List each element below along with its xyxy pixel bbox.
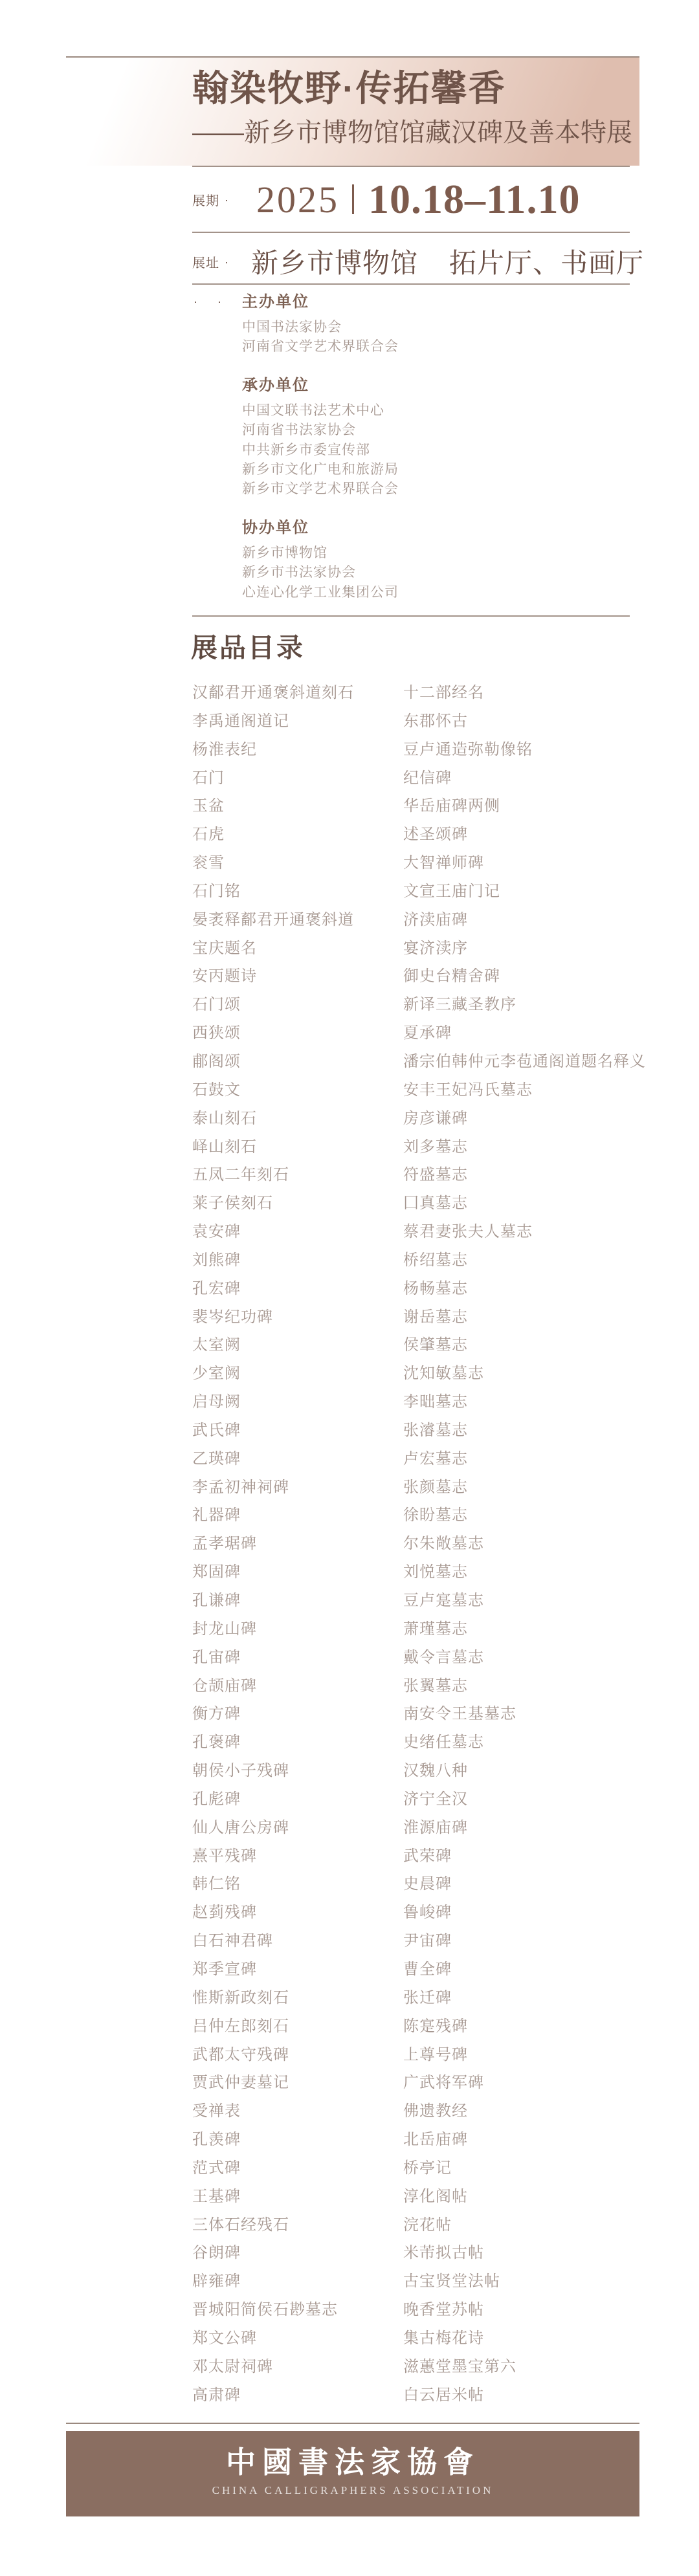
catalog-item-right: 张濬墓志	[403, 1417, 639, 1446]
catalog-item-right: 豆卢通造弥勒像铭	[403, 736, 639, 765]
catalog-item-left: 辟雍碑	[192, 2268, 403, 2296]
catalog-row: 三体石经残石浣花帖	[192, 2212, 639, 2240]
catalog-item-left: 孟孝琚碑	[192, 1530, 403, 1559]
catalog-item-left: 孔彪碑	[192, 1786, 403, 1814]
catalog-item-left: 泰山刻石	[192, 1105, 403, 1134]
section-divider	[192, 232, 630, 233]
organizer-name: 河南省文学艺术界联合会	[242, 336, 639, 356]
catalog-item-right: 史绪任墓志	[403, 1729, 639, 1757]
catalog-item-left: 石门	[192, 765, 403, 793]
catalog-row: 邓太尉祠碑滋蕙堂墨宝第六	[192, 2353, 639, 2382]
catalog-item-left: 孔宙碑	[192, 1644, 403, 1673]
organizer-role-label: 协办单位	[242, 518, 639, 538]
catalog-item-left: 贾武仲妻墓记	[192, 2069, 403, 2098]
catalog-item-right: 张颜墓志	[403, 1474, 639, 1503]
vertical-bar-separator	[352, 184, 354, 214]
catalog-item-left: 三体石经残石	[192, 2212, 403, 2240]
catalog-row: 西狭颂夏承碑	[192, 1020, 639, 1048]
catalog-row: 谷朗碑米芾拟古帖	[192, 2240, 639, 2268]
catalog-item-right: 房彦谦碑	[403, 1105, 639, 1134]
catalog-row: 石虎述圣颂碑	[192, 821, 639, 850]
catalog-item-right: 刘多墓志	[403, 1134, 639, 1162]
catalog-item-left: 峄山刻石	[192, 1134, 403, 1162]
catalog-row: 五凤二年刻石符盛墓志	[192, 1161, 639, 1190]
catalog-item-right: 滋蕙堂墨宝第六	[403, 2353, 639, 2382]
organizer-name: 心连心化学工业集团公司	[242, 582, 639, 602]
catalog-item-left: 武都太守残碑	[192, 2042, 403, 2070]
catalog-item-left: 郑文公碑	[192, 2325, 403, 2353]
catalog-row: 封龙山碑萧瑾墓志	[192, 1616, 639, 1644]
catalog-item-left: 莱子侯刻石	[192, 1190, 403, 1218]
catalog-row: 武都太守残碑上尊号碑	[192, 2042, 639, 2070]
catalog-item-right: 御史台精舍碑	[403, 963, 639, 991]
organizer-group: · · ·主办单位中国书法家协会河南省文学艺术界联合会	[192, 292, 639, 357]
organizer-name: 中国文联书法艺术中心	[242, 401, 639, 420]
organizer-name: 新乡市文学艺术界联合会	[242, 479, 639, 498]
catalog-item-right: 杨畅墓志	[403, 1275, 639, 1304]
catalog-item-right: 李昢墓志	[403, 1389, 639, 1417]
catalog-item-right: 广武将军碑	[403, 2069, 639, 2098]
catalog-item-left: 石虎	[192, 821, 403, 850]
catalog-item-right: 史晨碑	[403, 1871, 639, 1899]
catalog-row: 白石神君碑尹宙碑	[192, 1928, 639, 1956]
organizer-name: 新乡市书法家协会	[242, 562, 639, 582]
footer-divider	[66, 2423, 639, 2424]
catalog-item-right: 卢宏墓志	[403, 1446, 639, 1474]
exhibition-venue-row: 展址· 新乡市博物馆 拓片厅、书画厅	[192, 241, 639, 282]
catalog-row: 衡方碑南安令王基墓志	[192, 1701, 639, 1729]
header-bottom-divider	[192, 166, 630, 167]
catalog-item-left: 仙人唐公房碑	[192, 1814, 403, 1843]
catalog-row: 范式碑桥亭记	[192, 2155, 639, 2183]
catalog-item-left: 晋城阳简侯石尠墓志	[192, 2296, 403, 2325]
catalog-item-left: 宝庆题名	[192, 935, 403, 963]
catalog-item-right: 沈知敏墓志	[403, 1360, 639, 1389]
catalog-row: 孔彪碑济宁全汉	[192, 1786, 639, 1814]
catalog-item-right: 戴令言墓志	[403, 1644, 639, 1673]
catalog-item-left: 郑固碑	[192, 1559, 403, 1587]
catalog-item-right: 武荣碑	[403, 1843, 639, 1871]
catalog-item-left: 朝侯小子残碑	[192, 1757, 403, 1786]
catalog-row: 泰山刻石房彦谦碑	[192, 1105, 639, 1134]
catalog-row: 贾武仲妻墓记广武将军碑	[192, 2069, 639, 2098]
catalog-item-right: 桥绍墓志	[403, 1247, 639, 1275]
catalog-item-left: 王基碑	[192, 2183, 403, 2212]
exhibition-poster: 翰染牧野·传拓馨香 ——新乡市博物馆馆藏汉碑及善本特展 展期· 2025 10.…	[0, 0, 699, 2576]
catalog-item-right: 鲁峻碑	[403, 1899, 639, 1928]
catalog-row: 裴岑纪功碑谢岳墓志	[192, 1304, 639, 1332]
catalog-item-right: 北岳庙碑	[403, 2126, 639, 2155]
association-logo-calligraphy: 中國書法家協會	[66, 2447, 639, 2479]
catalog-item-left: 袁安碑	[192, 1218, 403, 1247]
catalog-item-right: 文宣王庙门记	[403, 878, 639, 907]
catalog-row: 宝庆题名宴济渎序	[192, 935, 639, 963]
catalog-item-right: 述圣颂碑	[403, 821, 639, 850]
catalog-item-right: 徐盼墓志	[403, 1502, 639, 1530]
period-year: 2025	[256, 178, 339, 221]
catalog-item-left: 衮雪	[192, 850, 403, 878]
catalog-row: 熹平残碑武荣碑	[192, 1843, 639, 1871]
catalog-row: 石鼓文安丰王妃冯氏墓志	[192, 1077, 639, 1105]
catalog-item-left: 晏袤释鄐君开通褒斜道	[192, 907, 403, 935]
catalog-item-left: 启母阙	[192, 1389, 403, 1417]
catalog-item-left: 石门铭	[192, 878, 403, 907]
venue-halls: 拓片厅、书画厅	[449, 242, 644, 281]
organizer-role-label: 承办单位	[242, 376, 639, 395]
catalog-item-right: 东郡怀古	[403, 708, 639, 736]
catalog-item-right: 浣花帖	[403, 2212, 639, 2240]
catalog-item-left: 谷朗碑	[192, 2240, 403, 2268]
catalog-item-right: 陈寔残碑	[403, 2013, 639, 2042]
catalog-row: 晏袤释鄐君开通褒斜道济渎庙碑	[192, 907, 639, 935]
catalog-item-left: 受禅表	[192, 2098, 403, 2126]
catalog-item-right: 安丰王妃冯氏墓志	[403, 1077, 639, 1105]
catalog-row: 孔宙碑戴令言墓志	[192, 1644, 639, 1673]
catalog-row: 乙瑛碑卢宏墓志	[192, 1446, 639, 1474]
catalog-row: 玉盆华岳庙碑两侧	[192, 793, 639, 821]
catalog-item-left: 吕仲左郎刻石	[192, 2013, 403, 2042]
catalog-row: 石门铭文宣王庙门记	[192, 878, 639, 907]
catalog-item-left: 李孟初神祠碑	[192, 1474, 403, 1503]
catalog-item-left: 裴岑纪功碑	[192, 1304, 403, 1332]
label-dot: ·	[225, 193, 229, 207]
catalog-row: 石门纪信碑	[192, 765, 639, 793]
organizer-name: 中国书法家协会	[242, 317, 639, 336]
catalog-item-left: 白石神君碑	[192, 1928, 403, 1956]
catalog-row: 王基碑淳化阁帖	[192, 2183, 639, 2212]
catalog-item-left: 封龙山碑	[192, 1616, 403, 1644]
catalog-row: 李禹通阁道记东郡怀古	[192, 708, 639, 736]
venue-name: 新乡市博物馆	[251, 242, 418, 281]
catalog-row: 莱子侯刻石囗真墓志	[192, 1190, 639, 1218]
venue-label: 展址·	[192, 252, 229, 271]
catalog-item-left: 孔羡碑	[192, 2126, 403, 2155]
catalog-row: 李孟初神祠碑张颜墓志	[192, 1474, 639, 1503]
catalog-row: 郑固碑刘悦墓志	[192, 1559, 639, 1587]
catalog-row: 杨淮表纪豆卢通造弥勒像铭	[192, 736, 639, 765]
catalog-row: 孔褒碑史绪任墓志	[192, 1729, 639, 1757]
decorative-dots: · · ·	[194, 295, 254, 309]
catalog-row: 孟孝琚碑尔朱敞墓志	[192, 1530, 639, 1559]
exhibition-title: 翰染牧野·传拓馨香	[192, 68, 639, 109]
catalog-item-right: 汉魏八种	[403, 1757, 639, 1786]
catalog-row: 惟斯新政刻石张迁碑	[192, 1985, 639, 2013]
catalog-item-left: 李禹通阁道记	[192, 708, 403, 736]
catalog-item-right: 佛遗教经	[403, 2098, 639, 2126]
catalog-item-left: 熹平残碑	[192, 1843, 403, 1871]
catalog-row: 韩仁铭史晨碑	[192, 1871, 639, 1899]
catalog-item-right: 济宁全汉	[403, 1786, 639, 1814]
catalog-item-right: 南安令王基墓志	[403, 1701, 639, 1729]
catalog-item-right: 潘宗伯韩仲元李苞通阁道题名释义	[403, 1048, 646, 1077]
header-banner: 翰染牧野·传拓馨香 ——新乡市博物馆馆藏汉碑及善本特展	[66, 58, 639, 166]
catalog-row: 武氏碑张濬墓志	[192, 1417, 639, 1446]
catalog-item-right: 囗真墓志	[403, 1190, 639, 1218]
exhibition-period-row: 展期· 2025 10.18–11.10	[192, 172, 639, 226]
catalog-item-right: 萧瑾墓志	[403, 1616, 639, 1644]
catalog-item-left: 郑季宣碑	[192, 1956, 403, 1985]
period-label: 展期·	[192, 190, 229, 209]
catalog-item-right: 刘悦墓志	[403, 1559, 639, 1587]
catalog-item-right: 张翼墓志	[403, 1673, 639, 1701]
catalog-row: 受禅表佛遗教经	[192, 2098, 639, 2126]
catalog-item-left: 邓太尉祠碑	[192, 2353, 403, 2382]
catalog-item-right: 曹全碑	[403, 1956, 639, 1985]
catalog-item-left: 范式碑	[192, 2155, 403, 2183]
catalog-row: 郑文公碑集古梅花诗	[192, 2325, 639, 2353]
catalog-row: 少室阙沈知敏墓志	[192, 1360, 639, 1389]
catalog-item-left: 孔褒碑	[192, 1729, 403, 1757]
catalog-item-right: 张迁碑	[403, 1985, 639, 2013]
section-divider	[192, 283, 630, 285]
catalog-row: 辟雍碑古宝贤堂法帖	[192, 2268, 639, 2296]
catalog-item-right: 济渎庙碑	[403, 907, 639, 935]
catalog-item-left: 玉盆	[192, 793, 403, 821]
organizer-name: 新乡市博物馆	[242, 543, 639, 562]
catalog-row: 仓颉庙碑张翼墓志	[192, 1673, 639, 1701]
organizer-group: 协办单位新乡市博物馆新乡市书法家协会心连心化学工业集团公司	[192, 518, 639, 602]
catalog-row: 郙阁颂潘宗伯韩仲元李苞通阁道题名释义	[192, 1048, 639, 1077]
catalog-item-left: 衡方碑	[192, 1701, 403, 1729]
catalog-item-left: 孔宏碑	[192, 1275, 403, 1304]
catalog-item-left: 少室阙	[192, 1360, 403, 1389]
catalog-item-right: 尹宙碑	[403, 1928, 639, 1956]
catalog-item-left: 高肃碑	[192, 2382, 403, 2410]
catalog-item-right: 淮源庙碑	[403, 1814, 639, 1843]
exhibition-subtitle: ——新乡市博物馆馆藏汉碑及善本特展	[192, 115, 639, 151]
catalog-item-right: 十二部经名	[403, 679, 639, 708]
catalog-item-right: 谢岳墓志	[403, 1304, 639, 1332]
catalog-row: 刘熊碑桥绍墓志	[192, 1247, 639, 1275]
catalog-row: 吕仲左郎刻石陈寔残碑	[192, 2013, 639, 2042]
catalog-item-right: 上尊号碑	[403, 2042, 639, 2070]
label-dot: ·	[225, 256, 229, 269]
catalog-row: 孔羡碑北岳庙碑	[192, 2126, 639, 2155]
organizer-name: 新乡市文化广电和旅游局	[242, 459, 639, 479]
catalog-item-left: 赵菿残碑	[192, 1899, 403, 1928]
catalog-item-left: 孔谦碑	[192, 1587, 403, 1616]
catalog-row: 朝侯小子残碑汉魏八种	[192, 1757, 639, 1786]
catalog-item-right: 新译三藏圣教序	[403, 991, 639, 1020]
catalog-row: 太室阙侯肇墓志	[192, 1332, 639, 1360]
catalog-item-right: 夏承碑	[403, 1020, 639, 1048]
catalog-item-right: 大智禅师碑	[403, 850, 639, 878]
catalog-row: 仙人唐公房碑淮源庙碑	[192, 1814, 639, 1843]
organizer-groups: · · ·主办单位中国书法家协会河南省文学艺术界联合会承办单位中国文联书法艺术中…	[192, 292, 639, 621]
catalog-item-left: 郙阁颂	[192, 1048, 403, 1077]
organizer-name: 中共新乡市委宣传部	[242, 440, 639, 459]
catalog-row: 高肃碑白云居米帖	[192, 2382, 639, 2410]
catalog-item-left: 刘熊碑	[192, 1247, 403, 1275]
footer-banner: 中國書法家協會 CHINA CALLIGRAPHERS ASSOCIATION	[66, 2431, 639, 2516]
organizer-role-label: 主办单位	[242, 292, 639, 312]
catalog-item-left: 安丙题诗	[192, 963, 403, 991]
catalog-row: 启母阙李昢墓志	[192, 1389, 639, 1417]
period-dates: 10.18–11.10	[368, 175, 580, 223]
catalog-item-left: 石鼓文	[192, 1077, 403, 1105]
catalog-item-right: 晚香堂苏帖	[403, 2296, 639, 2325]
catalog-item-right: 桥亭记	[403, 2155, 639, 2183]
catalog-row: 汉鄐君开通褒斜道刻石十二部经名	[192, 679, 639, 708]
catalog-item-left: 五凤二年刻石	[192, 1161, 403, 1190]
catalog-title: 展品目录	[191, 626, 305, 665]
catalog-row: 衮雪大智禅师碑	[192, 850, 639, 878]
catalog-item-left: 仓颉庙碑	[192, 1673, 403, 1701]
catalog-item-right: 古宝贤堂法帖	[403, 2268, 639, 2296]
catalog-item-right: 米芾拟古帖	[403, 2240, 639, 2268]
catalog-divider	[192, 615, 630, 617]
catalog-item-left: 武氏碑	[192, 1417, 403, 1446]
catalog-item-left: 韩仁铭	[192, 1871, 403, 1899]
catalog-item-right: 白云居米帖	[403, 2382, 639, 2410]
catalog-item-right: 淳化阁帖	[403, 2183, 639, 2212]
catalog-item-right: 华岳庙碑两侧	[403, 793, 639, 821]
catalog-item-right: 豆卢寔墓志	[403, 1587, 639, 1616]
catalog-item-left: 杨淮表纪	[192, 736, 403, 765]
catalog-rows: 汉鄐君开通褒斜道刻石十二部经名李禹通阁道记东郡怀古杨淮表纪豆卢通造弥勒像铭石门纪…	[192, 679, 639, 2410]
catalog-row: 袁安碑蔡君妻张夫人墓志	[192, 1218, 639, 1247]
catalog-item-right: 侯肇墓志	[403, 1332, 639, 1360]
catalog-row: 晋城阳简侯石尠墓志晚香堂苏帖	[192, 2296, 639, 2325]
organizer-name: 河南省书法家协会	[242, 420, 639, 439]
catalog-row: 峄山刻石刘多墓志	[192, 1134, 639, 1162]
catalog-item-right: 纪信碑	[403, 765, 639, 793]
catalog-row: 礼器碑徐盼墓志	[192, 1502, 639, 1530]
catalog-item-left: 太室阙	[192, 1332, 403, 1360]
catalog-row: 安丙题诗御史台精舍碑	[192, 963, 639, 991]
catalog-row: 赵菿残碑鲁峻碑	[192, 1899, 639, 1928]
catalog-item-right: 尔朱敞墓志	[403, 1530, 639, 1559]
catalog-row: 孔谦碑豆卢寔墓志	[192, 1587, 639, 1616]
catalog-item-left: 惟斯新政刻石	[192, 1985, 403, 2013]
catalog-item-right: 宴济渎序	[403, 935, 639, 963]
catalog-item-left: 石门颂	[192, 991, 403, 1020]
catalog-row: 郑季宣碑曹全碑	[192, 1956, 639, 1985]
catalog-row: 石门颂新译三藏圣教序	[192, 991, 639, 1020]
catalog-item-right: 集古梅花诗	[403, 2325, 639, 2353]
catalog-item-left: 礼器碑	[192, 1502, 403, 1530]
catalog-item-left: 汉鄐君开通褒斜道刻石	[192, 679, 403, 708]
catalog-item-left: 西狭颂	[192, 1020, 403, 1048]
catalog-item-right: 蔡君妻张夫人墓志	[403, 1218, 639, 1247]
catalog-item-right: 符盛墓志	[403, 1161, 639, 1190]
catalog-item-left: 乙瑛碑	[192, 1446, 403, 1474]
organizer-group: 承办单位中国文联书法艺术中心河南省书法家协会中共新乡市委宣传部新乡市文化广电和旅…	[192, 376, 639, 499]
association-caption: CHINA CALLIGRAPHERS ASSOCIATION	[66, 2484, 639, 2497]
catalog-row: 孔宏碑杨畅墓志	[192, 1275, 639, 1304]
